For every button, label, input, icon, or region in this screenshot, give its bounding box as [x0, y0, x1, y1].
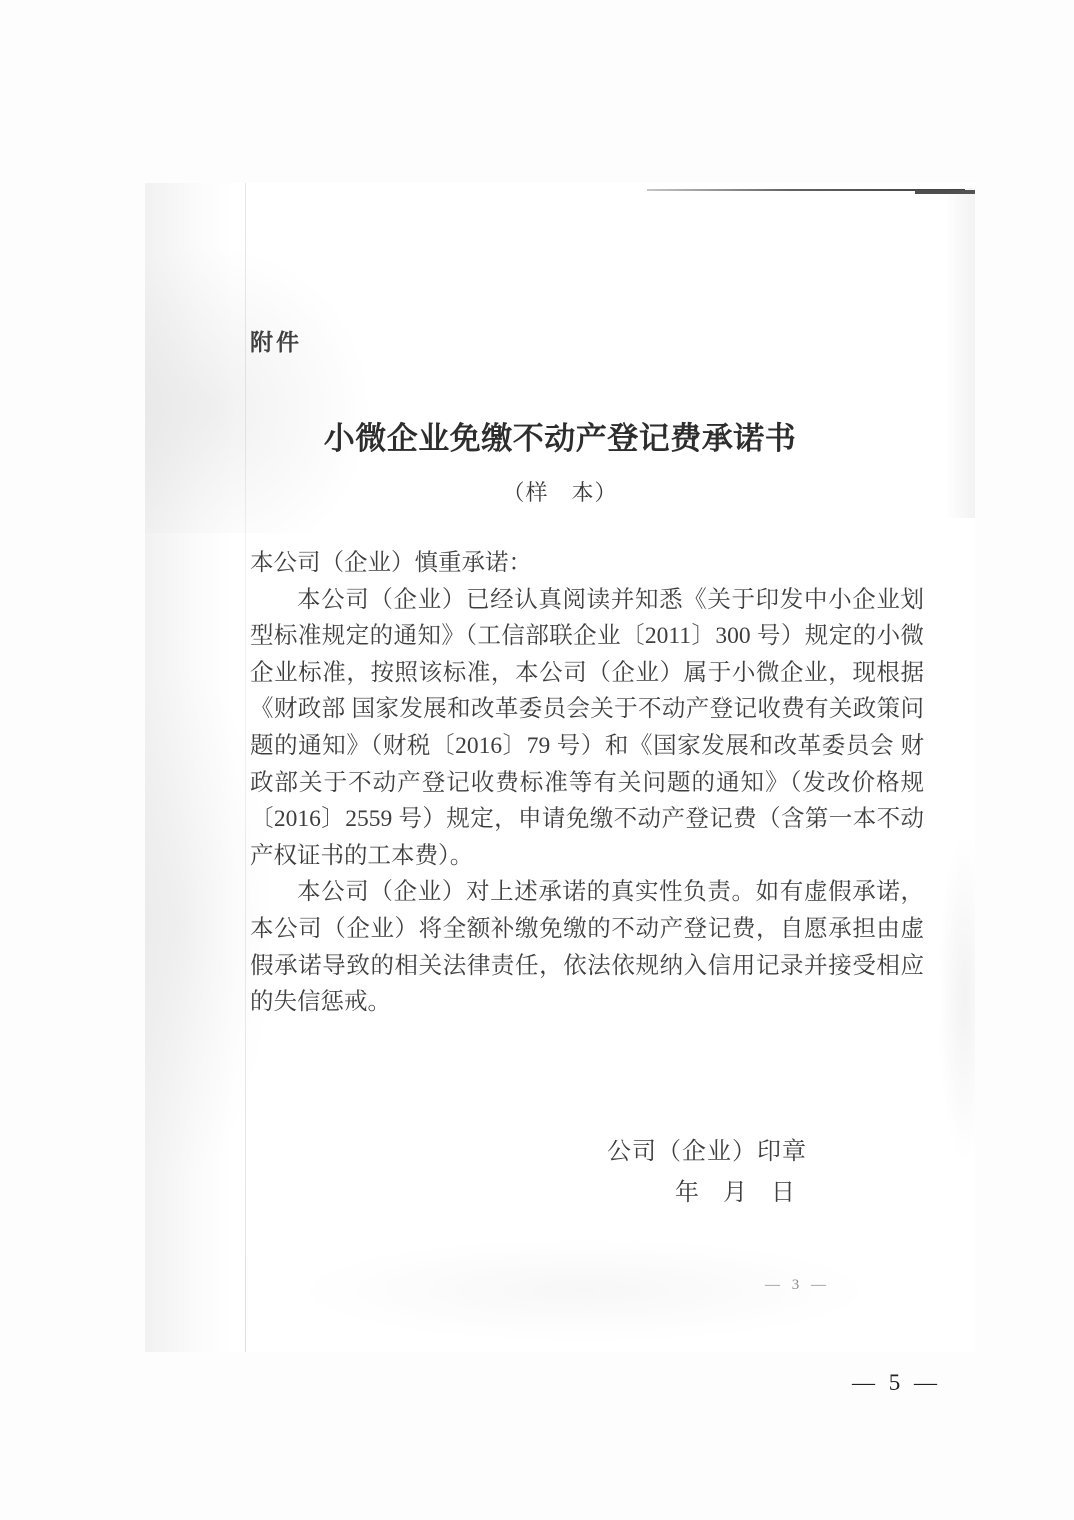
- scan-shadow-right-mid: [938, 833, 975, 1163]
- document-page: 附件 小微企业免缴不动产登记费承诺书 （样 本） 本公司（企业）慎重承诺： 本公…: [0, 0, 1074, 1520]
- outer-page-number: — 5 —: [852, 1370, 941, 1396]
- body-paragraph-1: 本公司（企业）已经认真阅读并知悉《关于印发中小企业划型标准规定的通知》（工信部联…: [250, 582, 924, 875]
- document-body: 本公司（企业）慎重承诺： 本公司（企业）已经认真阅读并知悉《关于印发中小企业划型…: [250, 545, 924, 1021]
- signature-line: 公司（企业）印章: [607, 1131, 807, 1166]
- scan-crease-line: [245, 183, 246, 1352]
- opening-line: 本公司（企业）慎重承诺：: [250, 545, 924, 582]
- scan-shadow-right-top: [945, 188, 975, 518]
- inner-page-number: — 3 —: [765, 1277, 830, 1294]
- document-subtitle: （样 本）: [145, 476, 975, 507]
- document-title: 小微企业免缴不动产登记费承诺书: [145, 413, 975, 458]
- attachment-label: 附件: [250, 324, 302, 357]
- body-paragraph-2: 本公司（企业）对上述承诺的真实性负责。如有虚假承诺，本公司（企业）将全额补缴免缴…: [250, 874, 924, 1020]
- scanned-page: 附件 小微企业免缴不动产登记费承诺书 （样 本） 本公司（企业）慎重承诺： 本公…: [145, 183, 975, 1352]
- date-line: 年 月 日: [675, 1172, 795, 1207]
